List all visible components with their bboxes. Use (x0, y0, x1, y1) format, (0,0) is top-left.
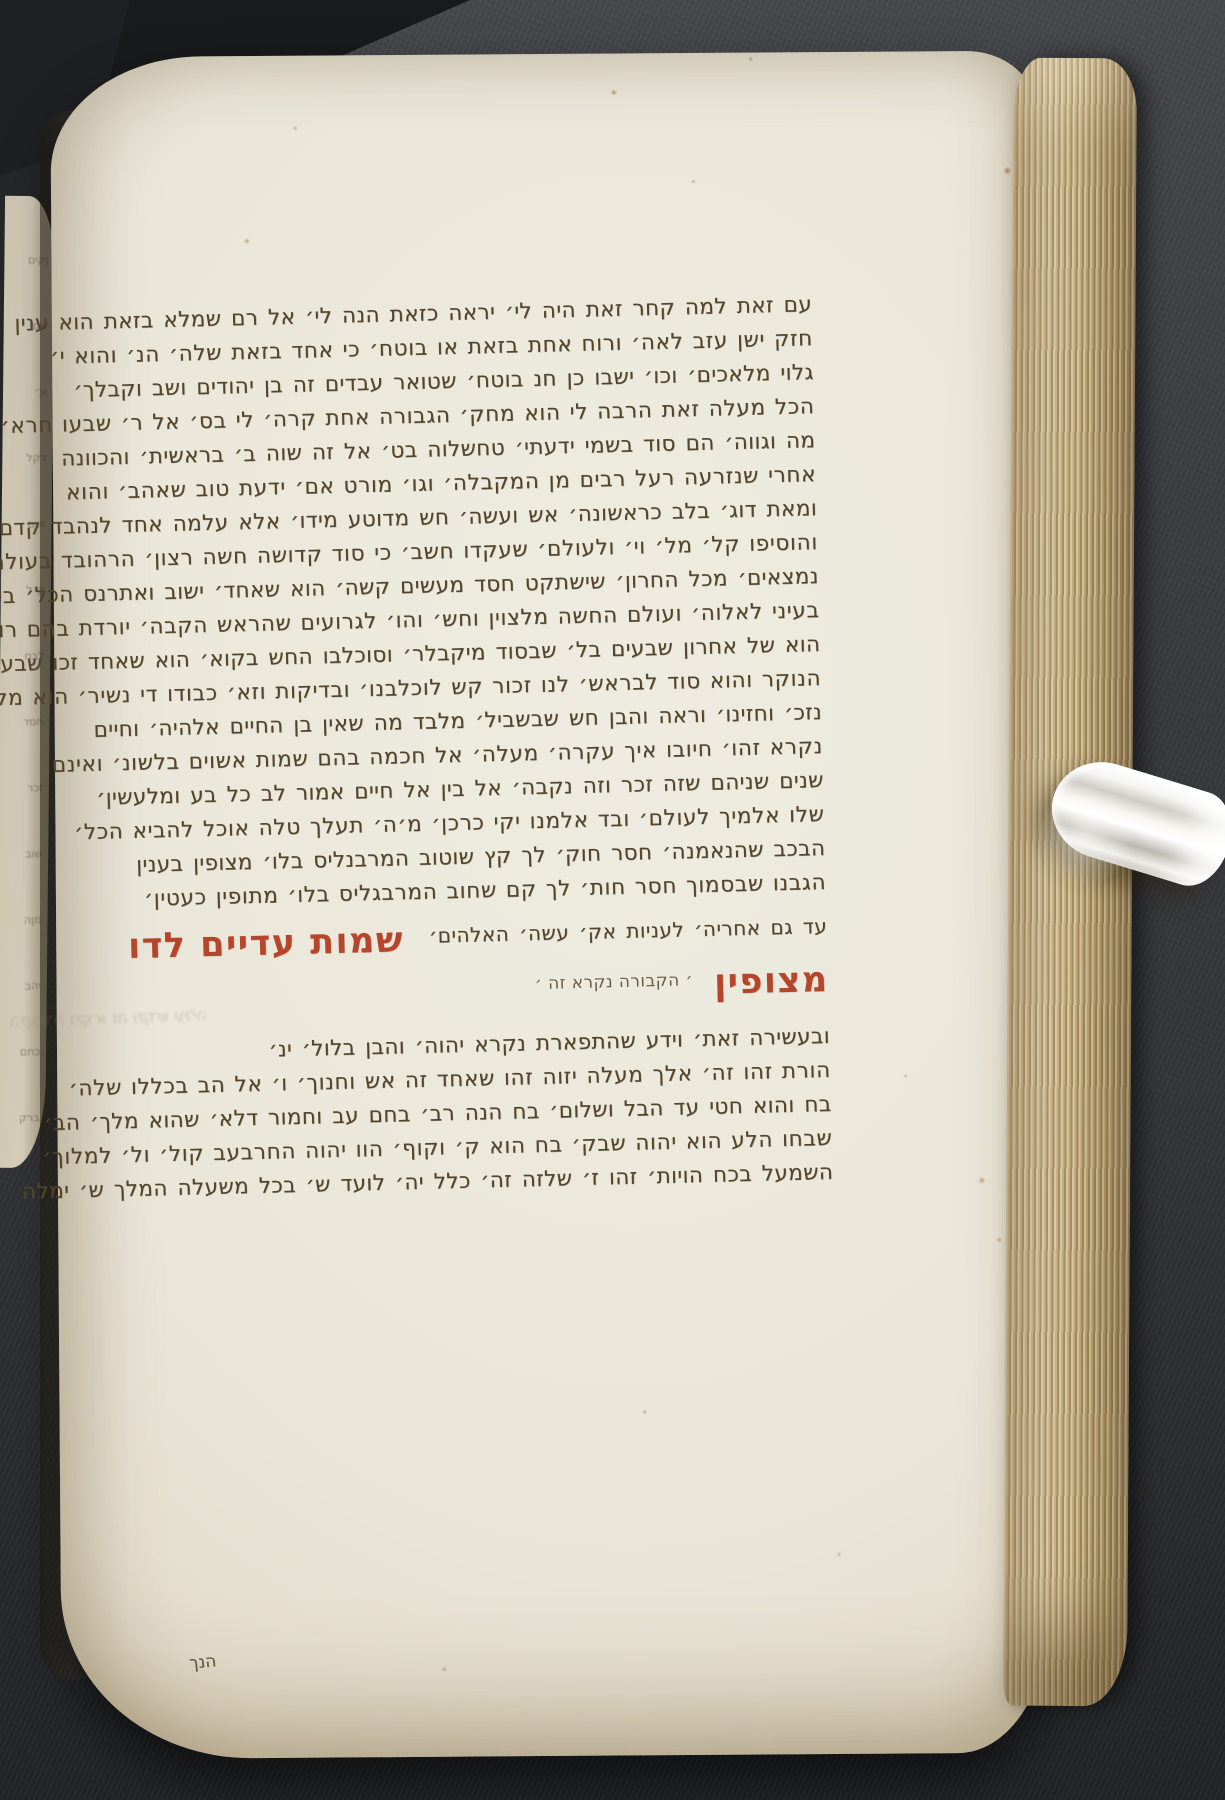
foxing-spot (441, 1667, 447, 1672)
foxing-spot (293, 126, 298, 131)
facing-page-marginalia: חסד (0, 715, 44, 729)
rubric-word-red: מצופין (714, 960, 829, 1003)
heading-line-brown-text: עד גם אחריה׳ לעניות אק׳ עשה׳ האלהים׳ (429, 914, 828, 948)
facing-page-marginalia: דקל (0, 451, 46, 465)
facing-page-marginalia: וכ׳ (0, 385, 47, 399)
foxing-spot (1003, 167, 1012, 175)
facing-page-marginalia: כתם (0, 1045, 40, 1059)
lower-text-paragraph: ובעשירה זאת׳ וידע שהתפארת נקרא יהוה׳ והב… (106, 1022, 834, 1210)
catchword: הנך (188, 1651, 217, 1673)
rubric-title-red: שמות עדיים לדו (128, 920, 405, 967)
foxing-spot (642, 1409, 648, 1414)
facing-page-marginalia: יהב (0, 979, 41, 993)
facing-page-marginalia: מןה (0, 913, 42, 927)
manuscript-photo: ןקיםשםווכ׳דקלושםק׳ללבחחסדזכרשובמןהיהבכתם… (0, 0, 1225, 1800)
foxing-spot (748, 57, 753, 62)
foxing-spot (243, 238, 250, 244)
facing-page-marginalia: זכר (0, 781, 43, 795)
upper-text-paragraph: עם זאת למה קחר זאת היה לי׳ יראה כזאת הנה… (88, 290, 827, 920)
facing-page-marginalia: ברק (0, 1111, 40, 1125)
text-block: עם זאת למה קחר זאת היה לי׳ יראה כזאת הנה… (88, 290, 834, 1209)
foxing-spot (610, 90, 617, 96)
foxing-spot (837, 1552, 842, 1557)
facing-page-marginalia: ןקים (0, 253, 49, 267)
gloss-text: ׳ הקבורה נקרא זה ׳ (535, 970, 694, 994)
foxing-spot (691, 179, 696, 184)
fore-edge-page-stack (1003, 58, 1137, 1707)
foxing-spot (903, 1073, 908, 1078)
foxing-spot (996, 1237, 1002, 1243)
manuscript-page: עם זאת למה קחר זאת היה לי׳ יראה כזאת הנה… (50, 51, 1048, 1760)
facing-page-marginalia: שוב (0, 847, 42, 861)
foxing-spot (978, 1177, 986, 1184)
